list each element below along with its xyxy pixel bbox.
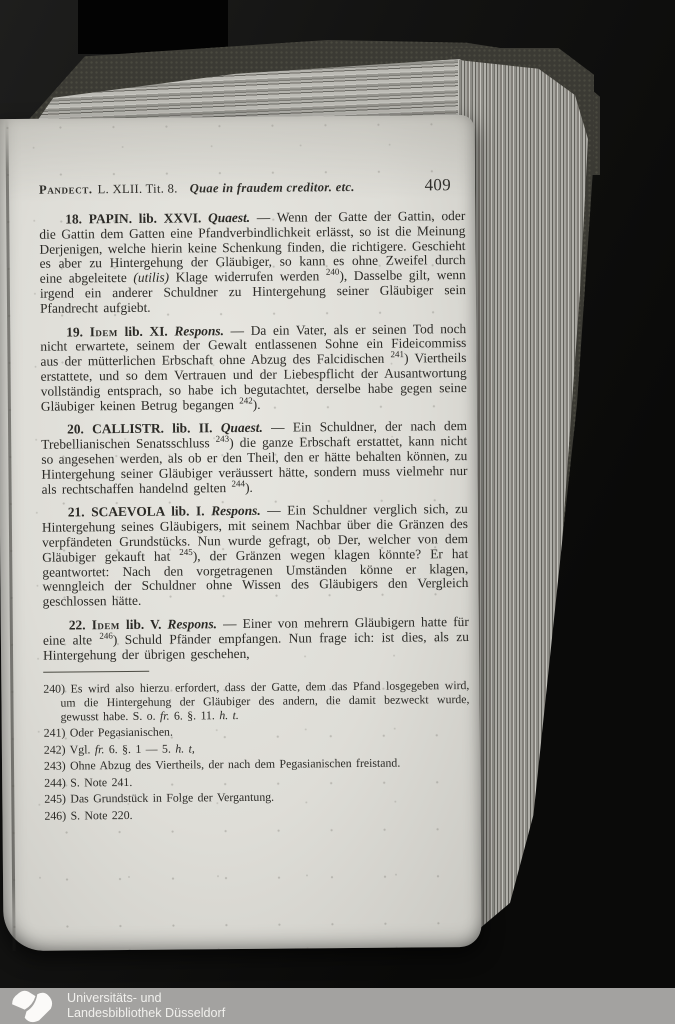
footnote: 246) S. Note 220. xyxy=(44,806,470,823)
text-segment: 240 xyxy=(326,267,340,277)
text-segment: S. Note 241. xyxy=(70,775,132,790)
text-segment: Ohne Abzug des Viertheils, der nach dem … xyxy=(70,756,400,773)
text-segment: Respons. xyxy=(167,616,217,631)
background-shadow xyxy=(78,0,228,54)
header-citation: L. XLII. Tit. 8. xyxy=(98,182,178,198)
page-number: 409 xyxy=(424,175,465,195)
paragraph: 19. Idem lib. XI. Respons. — Da ein Vate… xyxy=(40,322,467,414)
scanned-book-photo: Pandect. L. XLII. Tit. 8. Quae in fraude… xyxy=(0,0,675,1024)
text-segment: 18. PAPIN. lib. XXVI. xyxy=(65,210,208,226)
footnote-separator-rule xyxy=(43,671,149,673)
paragraph: 22. Idem lib. V. Respons. — Einer von me… xyxy=(43,615,469,663)
running-header: Pandect. L. XLII. Tit. 8. Quae in fraude… xyxy=(39,175,465,199)
text-segment: Vgl. xyxy=(70,742,95,756)
footnote-number: 244) xyxy=(44,775,70,789)
footnote: 245) Das Grundstück in Folge der Vergant… xyxy=(44,789,470,806)
paragraph: 21. SCAEVOLA lib. I. Respons. — Ein Schu… xyxy=(42,502,469,609)
text-segment: 243 xyxy=(216,434,230,444)
paragraph: 20. CALLISTR. lib. II. Quaest. — Ein Sch… xyxy=(41,419,468,497)
text-segment: lib. XI. xyxy=(118,323,175,338)
library-footer-bar: Universitäts- und Landesbibliothek Düsse… xyxy=(0,988,675,1024)
footnote: 242) Vgl. fr. 6. §. 1 — 5. h. t, xyxy=(44,740,470,757)
footnote-number: 243) xyxy=(44,759,70,773)
ulb-cube-logo-icon xyxy=(3,988,59,1024)
text-segment: fr. xyxy=(160,708,170,722)
text-segment: Respons. xyxy=(174,323,224,338)
text-segment: Das Grundstück in Folge der Vergantung. xyxy=(70,790,274,806)
text-segment: Klage widerrufen werden xyxy=(169,268,326,284)
footnote-list: 240) Es wird also hierzu erfordert, dass… xyxy=(43,679,470,823)
footnote-number: 240) xyxy=(43,682,70,696)
text-segment: h. t, xyxy=(175,741,195,755)
text-segment: 245 xyxy=(179,547,193,557)
text-segment: (utilis) xyxy=(133,270,169,285)
text-segment: ). xyxy=(245,479,253,494)
text-segment: lib. V. xyxy=(120,617,168,632)
text-segment: 22. xyxy=(69,617,92,632)
text-segment: 244 xyxy=(231,478,245,488)
footnote: 241) Oder Pegasianischen. xyxy=(44,723,470,740)
library-name-line2: Landesbibliothek Düsseldorf xyxy=(67,1006,225,1022)
text-segment: Oder Pegasianischen. xyxy=(70,725,173,740)
text-segment: 21. SCAEVOLA lib. I. xyxy=(68,504,212,520)
footnote: 243) Ohne Abzug des Viertheils, der nach… xyxy=(44,756,470,773)
text-segment: 246 xyxy=(99,630,113,640)
library-name: Universitäts- und Landesbibliothek Düsse… xyxy=(67,991,225,1022)
book-page: Pandect. L. XLII. Tit. 8. Quae in fraude… xyxy=(0,115,482,951)
text-segment: h. t. xyxy=(219,708,239,722)
text-segment: ). xyxy=(253,396,261,411)
header-title: Quae in fraudem creditor. etc. xyxy=(190,180,355,196)
text-segment: S. Note 220. xyxy=(70,808,132,823)
footnote-number: 245) xyxy=(44,792,70,806)
text-segment: Quaest. xyxy=(208,210,250,225)
text-segment: 241 xyxy=(390,349,404,359)
paragraph: 18. PAPIN. lib. XXVI. Quaest. — Wenn der… xyxy=(39,209,466,316)
footnote-number: 246) xyxy=(44,809,70,823)
footnote: 244) S. Note 241. xyxy=(44,773,470,790)
library-name-line1: Universitäts- und xyxy=(67,991,225,1007)
footnote-number: 241) xyxy=(44,726,70,740)
paragraph-list: 18. PAPIN. lib. XXVI. Quaest. — Wenn der… xyxy=(39,209,469,663)
text-segment: Idem xyxy=(90,324,118,339)
text-segment: Es wird also hierzu erfordert, dass der … xyxy=(60,678,469,723)
text-segment: 19. xyxy=(66,324,90,339)
footnote-number: 242) xyxy=(44,742,70,756)
text-segment: Respons. xyxy=(211,503,261,518)
text-segment: 6. §. 1 — 5. xyxy=(104,741,175,756)
header-series: Pandect. xyxy=(39,182,93,197)
footnote: 240) Es wird also hierzu erfordert, dass… xyxy=(43,679,469,723)
text-segment: 242 xyxy=(239,395,253,405)
text-segment: fr. xyxy=(95,742,105,756)
page-text-block: Pandect. L. XLII. Tit. 8. Quae in fraude… xyxy=(39,175,471,826)
text-segment: 6. §. 11. xyxy=(169,708,219,722)
